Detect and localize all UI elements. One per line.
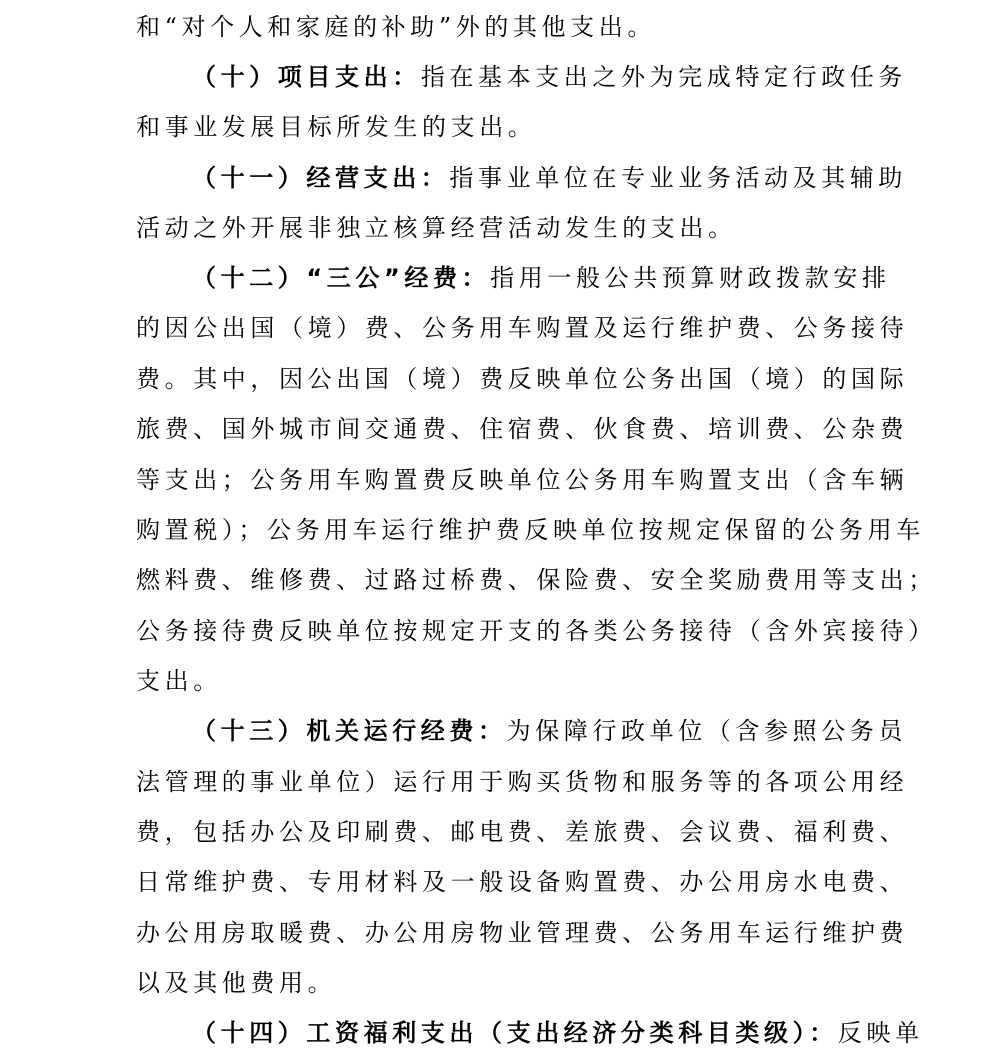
term-project-expenditure: （十）项目支出： [192, 63, 421, 91]
paragraph-12-line-3: 费。其中，因公出国（境）费反映单位公务出国（境）的国际 [136, 354, 908, 404]
paragraph-11-line-2: 活动之外开展非独立核算经营活动发生的支出。 [136, 203, 737, 253]
paragraph-13-line-5: 办公用房取暖费、办公用房物业管理费、公务用车运行维护费 [136, 908, 908, 958]
definition-text: 为保障行政单位（含参照公务员 [507, 717, 907, 745]
paragraph-9-line-1: 和“对个人和家庭的补助”外的其他支出。 [136, 2, 656, 52]
paragraph-13-line-4: 日常维护费、专用材料及一般设备购置费、办公用房水电费、 [136, 857, 908, 907]
paragraph-12-line-7: 燃料费、维修费、过路过桥费、保险费、安全奖励费用等支出； [136, 555, 937, 605]
paragraph-13-line-2: 法管理的事业单位）运行用于购买货物和服务等的各项公用经 [136, 757, 908, 807]
paragraph-12-line-5: 等支出；公务用车购置费反映单位公务用车购置支出（含车辆 [136, 455, 908, 505]
paragraph-12-line-9: 支出。 [136, 656, 222, 706]
paragraph-10-line-1: （十）项目支出：指在基本支出之外为完成特定行政任务 [192, 52, 907, 102]
paragraph-14-line-1: （十四）工资福利支出（支出经济分类科目类级）：反映单 [192, 1008, 924, 1058]
paragraph-12-line-2: 的因公出国（境）费、公务用车购置及运行维护费、公务接待 [136, 303, 908, 353]
term-agency-operating-funds: （十三）机关运行经费： [192, 717, 507, 745]
term-three-public-expenses: （十二）“三公”经费： [192, 264, 490, 292]
definition-text: 指在基本支出之外为完成特定行政任务 [421, 63, 907, 91]
paragraph-10-line-2: 和事业发展目标所发生的支出。 [136, 102, 536, 152]
paragraph-13-line-3: 费，包括办公及印刷费、邮电费、差旅费、会议费、福利费、 [136, 807, 908, 857]
paragraph-12-line-1: （十二）“三公”经费：指用一般公共预算财政拨款安排 [192, 253, 891, 303]
paragraph-13-line-6: 以及其他费用。 [136, 958, 336, 1008]
definition-text: 反映单 [838, 1019, 924, 1047]
term-wage-welfare-expenditure: （十四）工资福利支出（支出经济分类科目类级）： [192, 1019, 838, 1047]
term-operating-expenditure: （十一）经营支出： [192, 164, 449, 192]
paragraph-12-line-6: 购置税）；公务用车运行维护费反映单位按规定保留的公务用车 [136, 505, 925, 555]
paragraph-12-line-4: 旅费、国外城市间交通费、住宿费、伙食费、培训费、公杂费 [136, 404, 908, 454]
definition-text: 指用一般公共预算财政拨款安排 [490, 264, 890, 292]
paragraph-13-line-1: （十三）机关运行经费：为保障行政单位（含参照公务员 [192, 706, 907, 756]
definition-text: 指事业单位在专业业务活动及其辅助 [449, 164, 907, 192]
paragraph-11-line-1: （十一）经营支出：指事业单位在专业业务活动及其辅助 [192, 153, 907, 203]
paragraph-12-line-8: 公务接待费反映单位按规定开支的各类公务接待（含外宾接待） [136, 606, 937, 656]
